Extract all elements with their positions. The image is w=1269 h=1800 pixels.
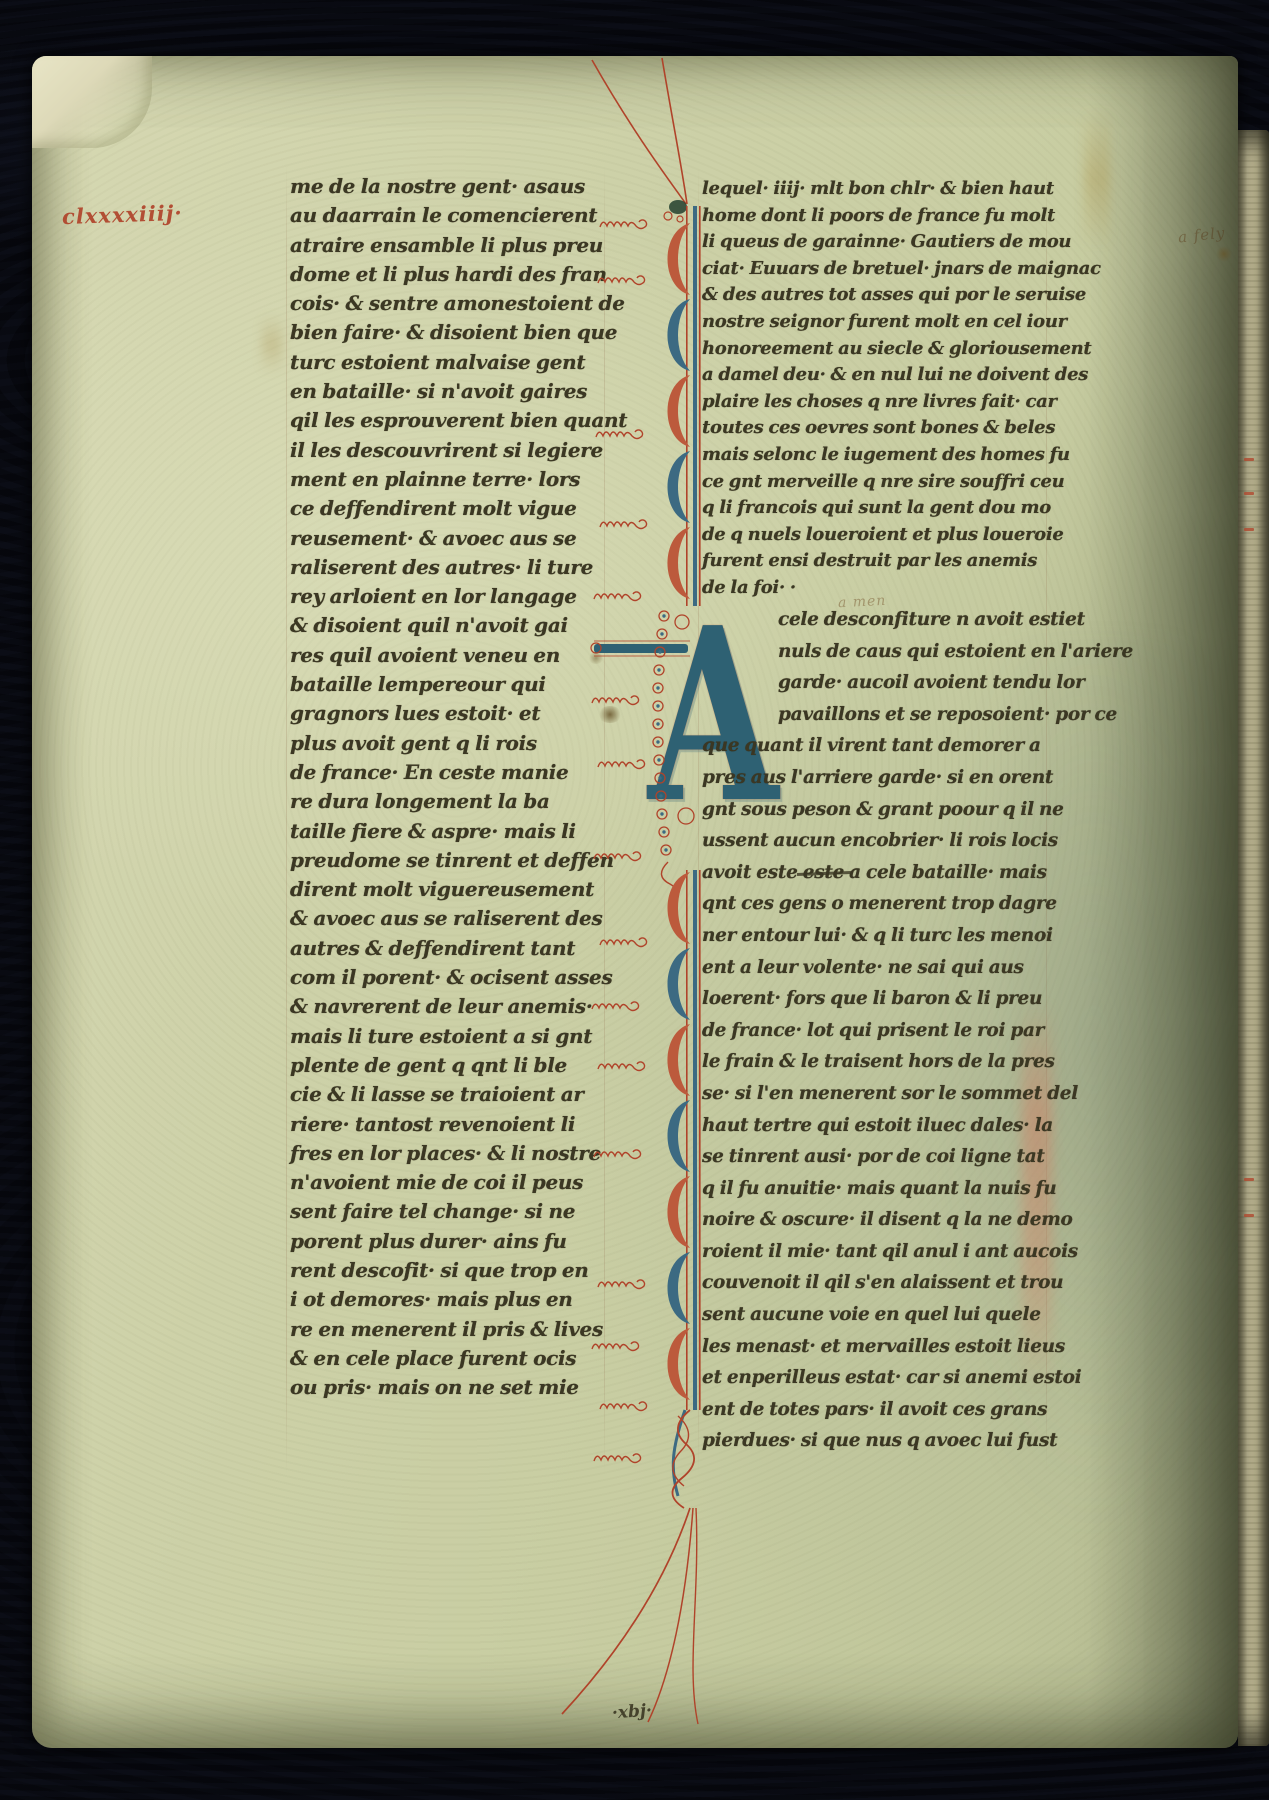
manuscript-text-line: atraire ensamble li plus preu	[290, 231, 606, 260]
parchment-corner-curl	[32, 56, 152, 148]
manuscript-text-line: turc estoient malvaise gent	[290, 348, 606, 377]
manuscript-text-line: ce gnt merveille q nre sire souffri ceu	[702, 469, 1058, 496]
manuscript-text-line: preudome se tinrent et deffen	[290, 846, 606, 875]
manuscript-text-line: & disoient quil n'avoit gai	[290, 611, 606, 640]
manuscript-page: clxxxxiiij· me de la nostre gent· asausa…	[32, 56, 1238, 1748]
manuscript-text-line: & en cele place furent ocis	[290, 1344, 606, 1373]
manuscript-text-line: i ot demores· mais plus en	[290, 1285, 606, 1314]
manuscript-text-line: ent a leur volente· ne sai qui aus	[702, 952, 1058, 984]
manuscript-text-line: se tinrent ausi· por de coi ligne tat	[702, 1141, 1058, 1173]
manuscript-text-line: mais selonc le iugement des homes fu	[702, 442, 1058, 469]
marginal-gloss: a men	[838, 593, 887, 612]
rubric-edge-mark	[1244, 1178, 1254, 1181]
manuscript-text-line: n'avoient mie de coi il peus	[290, 1168, 606, 1197]
manuscript-text-line: au daarrain le comencierent	[290, 201, 606, 230]
ink-blot	[669, 200, 687, 214]
manuscript-text-line: pierdues· si que nus q avoec lui fust	[702, 1425, 1058, 1457]
manuscript-text-line: reusement· & avoec aus se	[290, 524, 606, 553]
rubric-edge-mark	[1244, 492, 1254, 495]
manuscript-text-line: pres aus l'arriere garde· si en orent	[702, 762, 1058, 794]
manuscript-text-line: se· si l'en menerent sor le sommet del	[702, 1078, 1058, 1110]
manuscript-text-line: de france· En ceste manie	[290, 758, 606, 787]
manuscript-text-line: q li francois qui sunt la gent dou mo	[702, 495, 1058, 522]
manuscript-text-line: le frain & le traisent hors de la pres	[702, 1046, 1058, 1078]
manuscript-text-line: & navrerent de leur anemis·	[290, 992, 606, 1021]
manuscript-text-line: que quant il virent tant demorer a	[702, 730, 1058, 762]
manuscript-text-line: li queus de garainne· Gautiers de mou	[702, 229, 1058, 256]
manuscript-text-line: ussent aucun encobrier· li rois locis	[702, 825, 1058, 857]
manuscript-text-line: pavaillons et se reposoient· por ce	[702, 699, 1058, 731]
manuscript-text-line: couvenoit il qil s'en alaissent et trou	[702, 1267, 1058, 1299]
manuscript-text-line: avoit este este a cele bataille· mais	[702, 857, 1058, 889]
manuscript-text-line: dirent molt viguereusement	[290, 875, 606, 904]
manuscript-text-line: furent ensi destruit par les anemis	[702, 548, 1058, 575]
rubric-edge-mark	[1244, 458, 1254, 461]
manuscript-text-line: ner entour lui· & q li turc les menoi	[702, 920, 1058, 952]
red-hairline	[662, 58, 687, 204]
manuscript-text-line: et enperilleus estat· car si anemi estoi	[702, 1362, 1058, 1394]
manuscript-text-line: q il fu anuitie· mais quant la nuis fu	[702, 1173, 1058, 1205]
manuscript-text-line: haut tertre qui estoit iluec dales· la	[702, 1110, 1058, 1142]
manuscript-text-line: res quil avoient veneu en	[290, 641, 606, 670]
left-text-column: me de la nostre gent· asausau daarrain l…	[290, 172, 606, 1402]
book-fore-edge-pages	[1238, 130, 1269, 1746]
folio-number: clxxxxiiij·	[62, 200, 183, 229]
gutter-shadow	[1088, 56, 1238, 1748]
rubric-edge-mark	[1244, 1214, 1254, 1217]
manuscript-text-line: plus avoit gent q li rois	[290, 729, 606, 758]
manuscript-text-line: en bataille· si n'avoit gaires	[290, 377, 606, 406]
manuscript-text-line: ciat· Euuars de bretuel· jnars de maigna…	[702, 256, 1058, 283]
manuscript-text-line: sent aucune voie en quel lui quele	[702, 1299, 1058, 1331]
manuscript-text-line: rey arloient en lor langage	[290, 582, 606, 611]
manuscript-text-line: les menast· et mervailles estoit lieus	[702, 1331, 1058, 1363]
manuscript-text-line: raliserent des autres· li ture	[290, 553, 606, 582]
manuscript-text-line: bien faire· & disoient bien que	[290, 318, 606, 347]
manuscript-text-line: mais li ture estoient a si gnt	[290, 1022, 606, 1051]
ruling-line	[286, 164, 287, 1474]
rubric-edge-mark	[1244, 528, 1254, 531]
manuscript-text-line: nostre seignor furent molt en cel iour	[702, 309, 1058, 336]
manuscript-text-line: il les descouvrirent si legiere	[290, 436, 606, 465]
manuscript-text-line: fres en lor places· & li nostre	[290, 1139, 606, 1168]
manuscript-text-line: & avoec aus se raliserent des	[290, 904, 606, 933]
manuscript-text-line: sent faire tel change· si ne	[290, 1197, 606, 1226]
manuscript-text-line: plente de gent q qnt li ble	[290, 1051, 606, 1080]
manuscript-text-line: de france· lot qui prisent le roi par	[702, 1015, 1058, 1047]
manuscript-text-line: re dura longement la ba	[290, 787, 606, 816]
manuscript-text-line: a damel deu· & en nul lui ne doivent des	[702, 362, 1058, 389]
manuscript-text-line: cois· & sentre amonestoient de	[290, 289, 606, 318]
manuscript-text-line: ce deffendirent molt vigue	[290, 494, 606, 523]
manuscript-text-line: dome et li plus hardi des fran	[290, 260, 606, 289]
manuscript-text-line: lequel· iiij· mlt bon chlr· & bien haut	[702, 176, 1058, 203]
manuscript-text-line: cie & li lasse se traioient ar	[290, 1080, 606, 1109]
manuscript-text-line: & des autres tot asses qui por le seruis…	[702, 282, 1058, 309]
manuscript-text-line: honoreement au siecle & gloriousement	[702, 336, 1058, 363]
manuscript-text-line: home dont li poors de france fu molt	[702, 203, 1058, 230]
manuscript-text-line: de q nuels loueroient et plus loueroie	[702, 522, 1058, 549]
manuscript-text-line: qil les esprouverent bien quant	[290, 406, 606, 435]
catchword: ·xbj·	[611, 1701, 652, 1724]
right-text-column-intro: lequel· iiij· mlt bon chlr· & bien hauth…	[702, 176, 1058, 602]
photograph-background: clxxxxiiij· me de la nostre gent· asausa…	[0, 0, 1269, 1800]
manuscript-text-line: roient il mie· tant qil anul i ant aucoi…	[702, 1236, 1058, 1268]
manuscript-text-line: taille fiere & aspre· mais li	[290, 817, 606, 846]
manuscript-text-line: autres & deffendirent tant	[290, 934, 606, 963]
manuscript-text-line: rent descofit· si que trop en	[290, 1256, 606, 1285]
manuscript-text-line: ou pris· mais on ne set mie	[290, 1373, 606, 1402]
manuscript-text-line: ent de totes pars· il avoit ces grans	[702, 1394, 1058, 1426]
penwork-column-divider	[590, 56, 710, 1731]
manuscript-text-line: plaire les choses q nre livres fait· car	[702, 389, 1058, 416]
manuscript-text-line: gragnors lues estoit· et	[290, 699, 606, 728]
right-text-column-main: cele desconfiture n avoit estietnuls de …	[702, 604, 1058, 1457]
manuscript-text-line: gnt sous peson & grant poour q il ne	[702, 794, 1058, 826]
manuscript-text-line: me de la nostre gent· asaus	[290, 172, 606, 201]
manuscript-text-line: porent plus durer· ains fu	[290, 1227, 606, 1256]
manuscript-text-line: toutes ces oevres sont bones & beles	[702, 415, 1058, 442]
manuscript-text-line: riere· tantost revenoient li	[290, 1110, 606, 1139]
manuscript-text-line: bataille lempereour qui	[290, 670, 606, 699]
manuscript-text-line: loerent· fors que li baron & li preu	[702, 983, 1058, 1015]
initial-letter-space	[702, 604, 778, 700]
manuscript-text-line: qnt ces gens o menerent trop dagre	[702, 888, 1058, 920]
manuscript-text-line: noire & oscure· il disent q la ne demo	[702, 1204, 1058, 1236]
red-hairline	[592, 60, 686, 204]
manuscript-text-line: ment en plainne terre· lors	[290, 465, 606, 494]
manuscript-text-line: re en menerent il pris & lives	[290, 1315, 606, 1344]
parchment-stain	[262, 314, 282, 374]
manuscript-text-line: com il porent· & ocisent asses	[290, 963, 606, 992]
